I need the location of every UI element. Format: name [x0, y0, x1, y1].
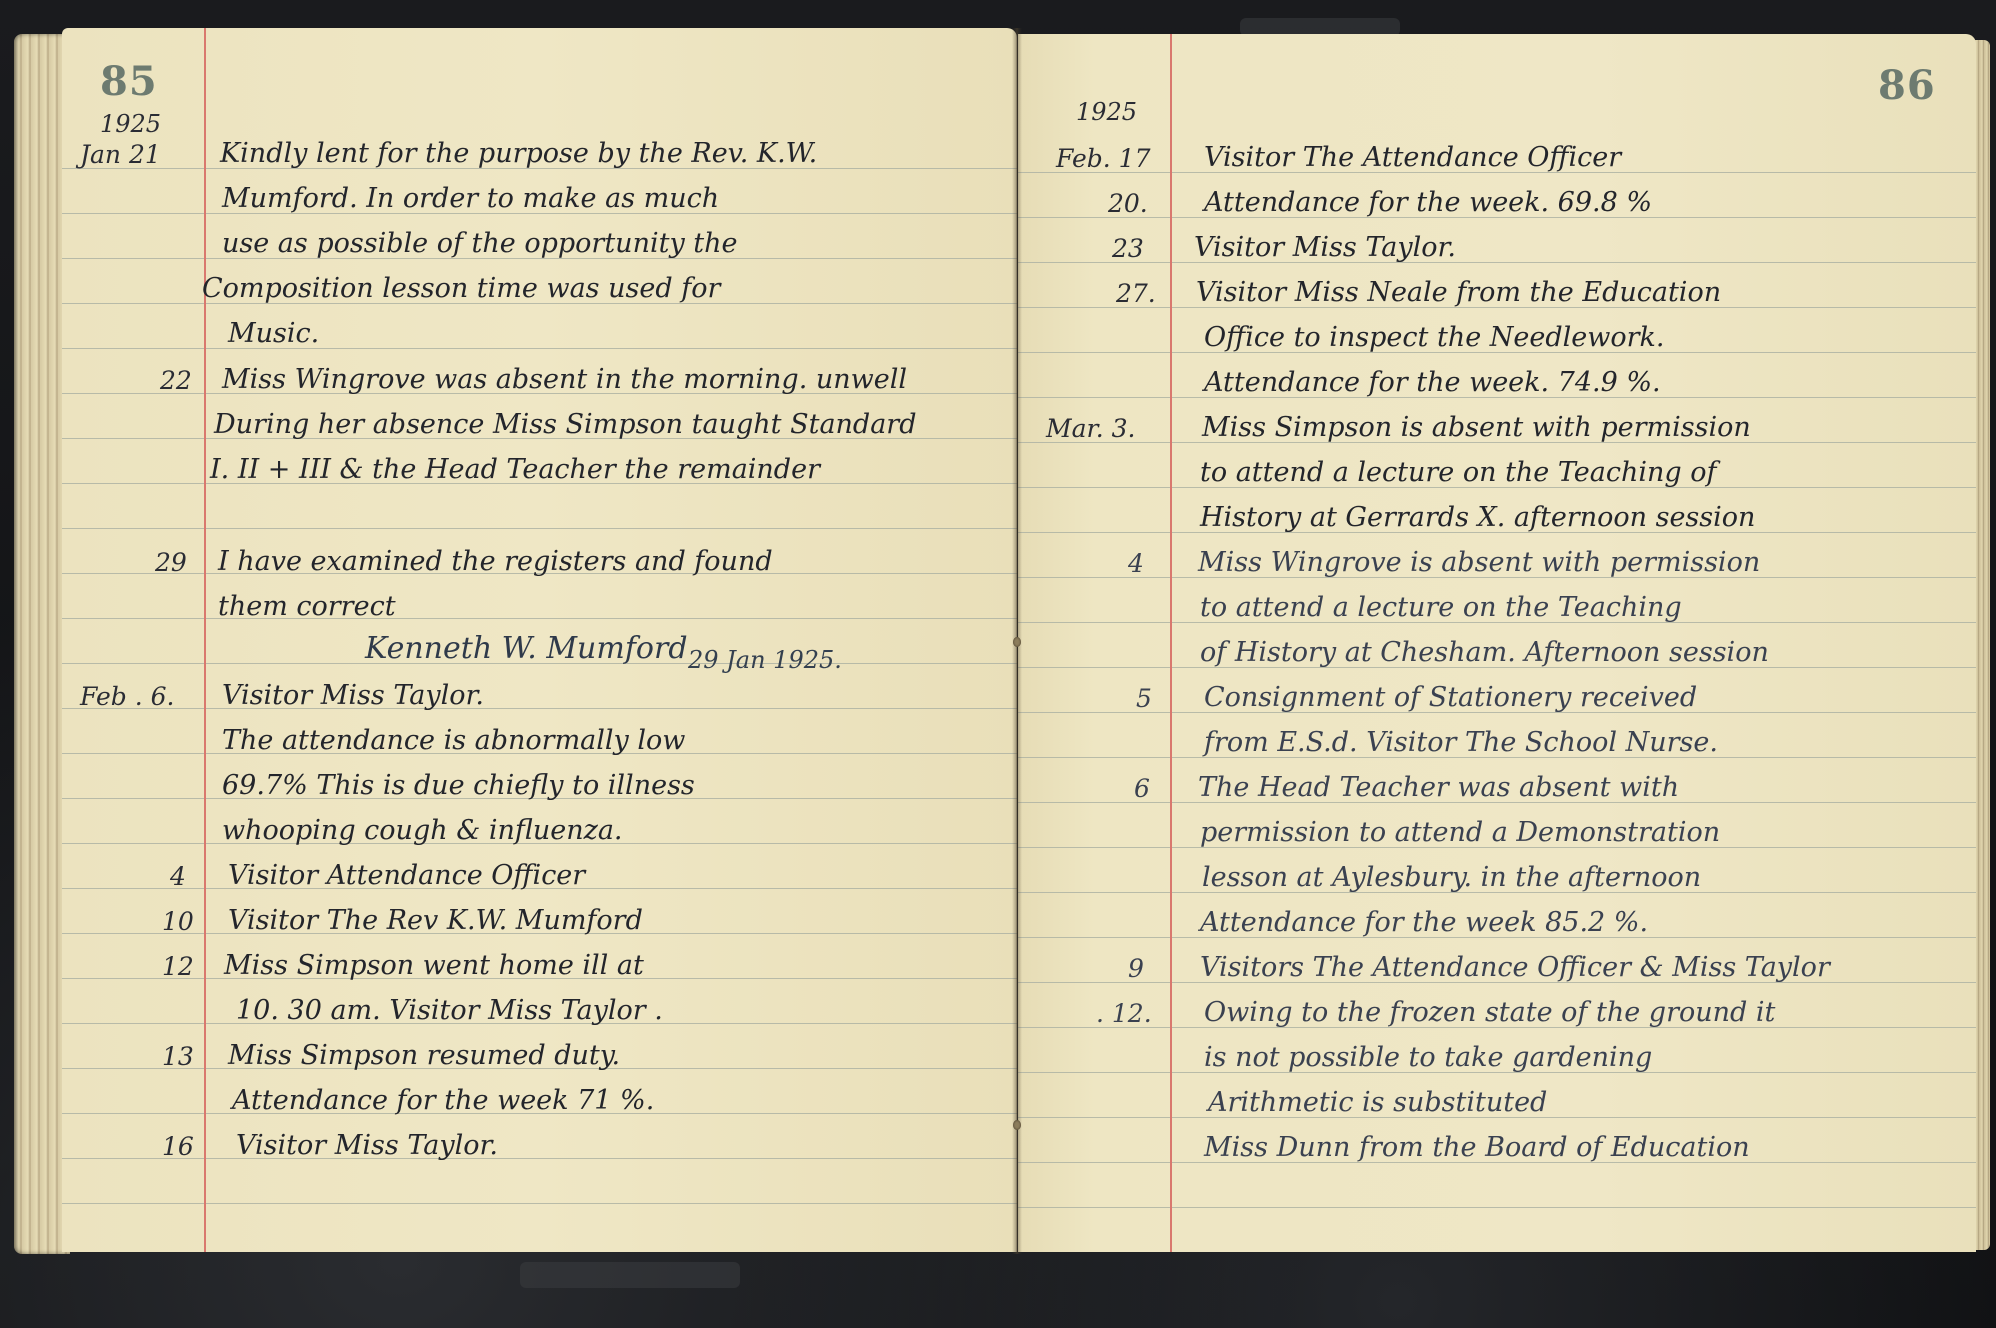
entry-date: 23	[1112, 236, 1144, 261]
ruled-line	[1018, 1207, 1976, 1208]
entry-line: 10. 30 am. Visitor Miss Taylor .	[236, 997, 663, 1024]
entry-line: 69.7% This is due chiefly to illness	[222, 772, 695, 799]
entry-line: The Head Teacher was absent with	[1198, 774, 1679, 801]
entry-line: Visitor The Attendance Officer	[1204, 144, 1621, 171]
entry-line: use as possible of the opportunity the	[222, 230, 738, 257]
entry-date: 12	[162, 954, 194, 979]
year-left: 1925	[100, 112, 161, 136]
entry-line: of History at Chesham. Afternoon session	[1200, 639, 1769, 666]
entry-date: 4	[1128, 551, 1144, 576]
entry-date: 16	[162, 1134, 194, 1159]
entry-line: Visitor Miss Neale from the Education	[1196, 279, 1721, 306]
entry-line: Visitor Miss Taylor.	[222, 682, 484, 709]
entry-line: The attendance is abnormally low	[222, 727, 685, 754]
right-margin-line	[1170, 34, 1172, 1252]
entry-date: 9	[1128, 956, 1144, 981]
entry-date: Jan 21	[80, 142, 161, 167]
binding-stitch	[1013, 637, 1021, 647]
entry-line: I have examined the registers and found	[218, 548, 773, 575]
entry-line: Composition lesson time was used for	[202, 275, 720, 302]
entry-line: Attendance for the week. 69.8 %	[1204, 189, 1652, 216]
entry-line: Music.	[228, 320, 319, 347]
entry-date: Feb . 6.	[80, 684, 174, 709]
entry-line: Miss Wingrove was absent in the morning.…	[222, 366, 907, 393]
signature-date: 29 Jan 1925.	[688, 648, 842, 672]
entry-line: Kindly lent for the purpose by the Rev. …	[220, 140, 817, 167]
year-right: 1925	[1076, 100, 1137, 124]
entry-line: Visitor Attendance Officer	[228, 862, 585, 889]
entry-line: I. II + III & the Head Teacher the remai…	[210, 456, 820, 483]
entry-date: 4	[170, 864, 186, 889]
entry-date: 6	[1134, 776, 1150, 801]
binding-stitch	[1013, 1120, 1021, 1130]
left-margin-line	[204, 28, 206, 1252]
entry-line: from E.S.d. Visitor The School Nurse.	[1204, 729, 1718, 756]
page-number-left: 85	[100, 58, 158, 105]
entry-line: Miss Simpson is absent with permission	[1202, 414, 1751, 441]
entry-date: 10	[162, 909, 194, 934]
entry-line: Arithmetic is substituted	[1208, 1089, 1547, 1116]
entry-date: 20.	[1108, 191, 1148, 216]
entry-date: 5	[1136, 686, 1152, 711]
entry-line: them correct	[218, 593, 396, 620]
entry-line: Visitor Miss Taylor.	[236, 1132, 498, 1159]
entry-date: Mar. 3.	[1046, 416, 1135, 441]
entry-line: History at Gerrards X. afternoon session	[1200, 504, 1755, 531]
entry-line: Miss Wingrove is absent with permission	[1198, 549, 1760, 576]
entry-line: Visitor Miss Taylor.	[1194, 234, 1456, 261]
right-page-stack-edge	[1974, 40, 1990, 1250]
entry-line: Miss Simpson resumed duty.	[228, 1042, 620, 1069]
entry-line: to attend a lecture on the Teaching	[1200, 594, 1682, 621]
entry-line: Attendance for the week. 74.9 %.	[1204, 369, 1661, 396]
entry-date: 13	[162, 1044, 194, 1069]
entry-line: Visitor The Rev K.W. Mumford	[228, 907, 643, 934]
entry-line: Attendance for the week 71 %.	[232, 1087, 654, 1114]
entry-line: to attend a lecture on the Teaching of	[1200, 459, 1717, 486]
entry-date: . 12.	[1096, 1001, 1152, 1026]
entry-line: During her absence Miss Simpson taught S…	[214, 411, 917, 438]
entry-date: 22	[160, 368, 192, 393]
entry-date: 27.	[1116, 281, 1156, 306]
entry-line: Attendance for the week 85.2 %.	[1200, 909, 1648, 936]
entry-line: whooping cough & influenza.	[222, 817, 623, 844]
entry-line: Consignment of Stationery received	[1204, 684, 1697, 711]
ruled-line	[1018, 262, 1976, 263]
entry-line: Miss Simpson went home ill at	[224, 952, 644, 979]
torn-cover-fragment	[520, 1262, 740, 1288]
entry-line: Mumford. In order to make as much	[222, 185, 719, 212]
entry-line: is not possible to take gardening	[1204, 1044, 1652, 1071]
entry-date: Feb. 17	[1056, 146, 1150, 171]
inspector-signature: Kenneth W. Mumford	[365, 634, 688, 664]
page-number-right: 86	[1878, 62, 1936, 109]
entry-line: Office to inspect the Needlework.	[1204, 324, 1664, 351]
entry-line: lesson at Aylesbury. in the afternoon	[1202, 864, 1701, 891]
entry-line: permission to attend a Demonstration	[1200, 819, 1720, 846]
entry-line: Visitors The Attendance Officer & Miss T…	[1200, 954, 1830, 981]
entry-line: Miss Dunn from the Board of Education	[1204, 1134, 1750, 1161]
entry-line: Owing to the frozen state of the ground …	[1204, 999, 1775, 1026]
entry-date: 29	[155, 550, 187, 575]
